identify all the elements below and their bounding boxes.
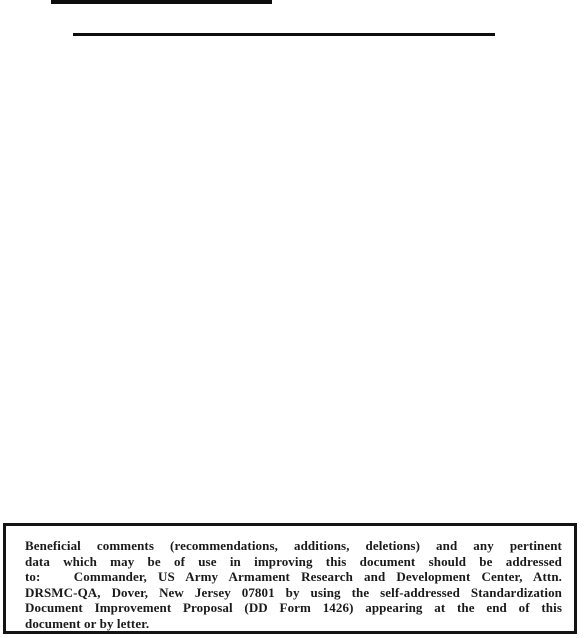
document-page: Beneficial comments (recommendations, ad… [0, 0, 585, 638]
beneficial-comments-box: Beneficial comments (recommendations, ad… [3, 523, 577, 634]
comments-line-3: to: Commander, US Army Armament Research… [25, 569, 562, 585]
comments-line-2: data which may be of use in improving th… [25, 554, 562, 570]
comments-line-1: Beneficial comments (recommendations, ad… [25, 538, 562, 554]
comments-line-6: document or by letter. [25, 616, 562, 632]
comments-line-4: DRSMC-QA, Dover, New Jersey 07801 by usi… [25, 585, 562, 601]
comments-line-5: Document Improvement Proposal (DD Form 1… [25, 600, 562, 616]
top-thick-rule [51, 0, 272, 4]
header-thin-rule [73, 33, 495, 36]
